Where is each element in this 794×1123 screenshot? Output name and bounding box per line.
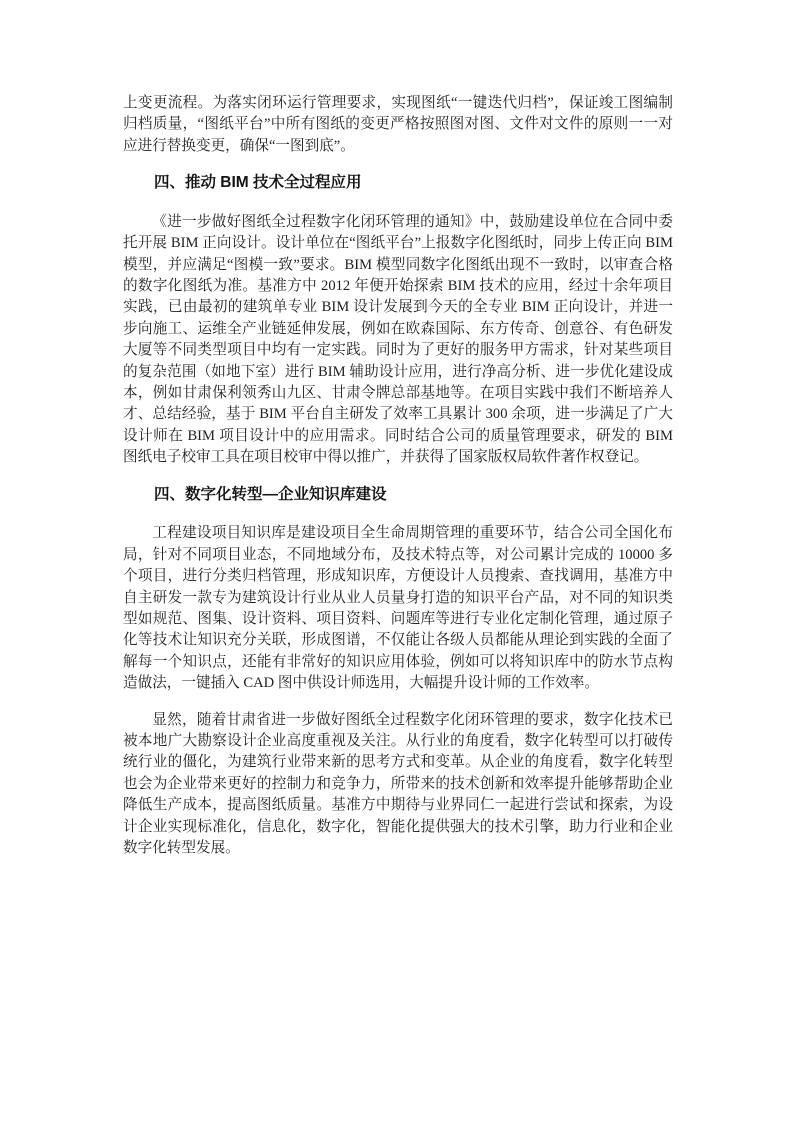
section-heading-bim-application: 四、推动 BIM 技术全过程应用 [123,172,673,194]
paragraph-change-process-continuation: 上变更流程。为落实闭环运行管理要求，实现图纸“一键迭代归档”，保证竣工图编制归档… [123,93,673,157]
section-heading-knowledge-base: 四、数字化转型—企业知识库建设 [123,484,673,506]
paragraph-closing-summary: 显然，随着甘肃省进一步做好图纸全过程数字化闭环管理的要求，数字化技术已被本地广大… [123,710,673,860]
paragraph-bim-application: 《进一步做好图纸全过程数字化闭环管理的通知》中，鼓励建设单位在合同中委托开展 B… [123,212,673,469]
document-page: 上变更流程。为落实闭环运行管理要求，实现图纸“一键迭代归档”，保证竣工图编制归档… [0,0,794,1123]
paragraph-knowledge-base: 工程建设项目知识库是建设项目全生命周期管理的重要环节，结合公司全国化布局，针对不… [123,523,673,694]
